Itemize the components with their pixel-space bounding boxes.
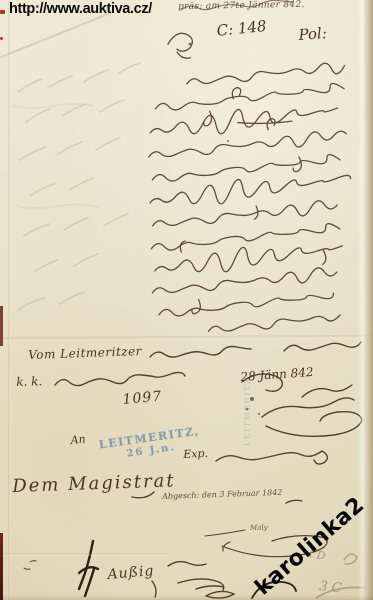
auktiva-url-watermark: http://www.auktiva.cz/ [9, 0, 152, 17]
handwriting-body [145, 0, 355, 333]
handwriting-layer [0, 0, 373, 600]
from-office-line2: k. k. [16, 375, 42, 388]
addressee-prefix: An [70, 433, 86, 446]
file-number: 1097 [122, 390, 163, 407]
place-name: Außig [107, 564, 155, 582]
letter-scan: präs: am 27te Jänner 842. C: 148 Pol: Vo… [0, 0, 373, 600]
bleedthrough-strokes [14, 63, 140, 310]
leitmeritz-stamp-faint: LEITMERITZ [243, 377, 252, 446]
from-office-line1: Vom Leitmeritzer [28, 345, 142, 361]
header-dept-note: Pol: [298, 26, 327, 43]
small-annotation: Maly [250, 524, 268, 532]
pencil-mark-2: 3 C [319, 580, 343, 595]
